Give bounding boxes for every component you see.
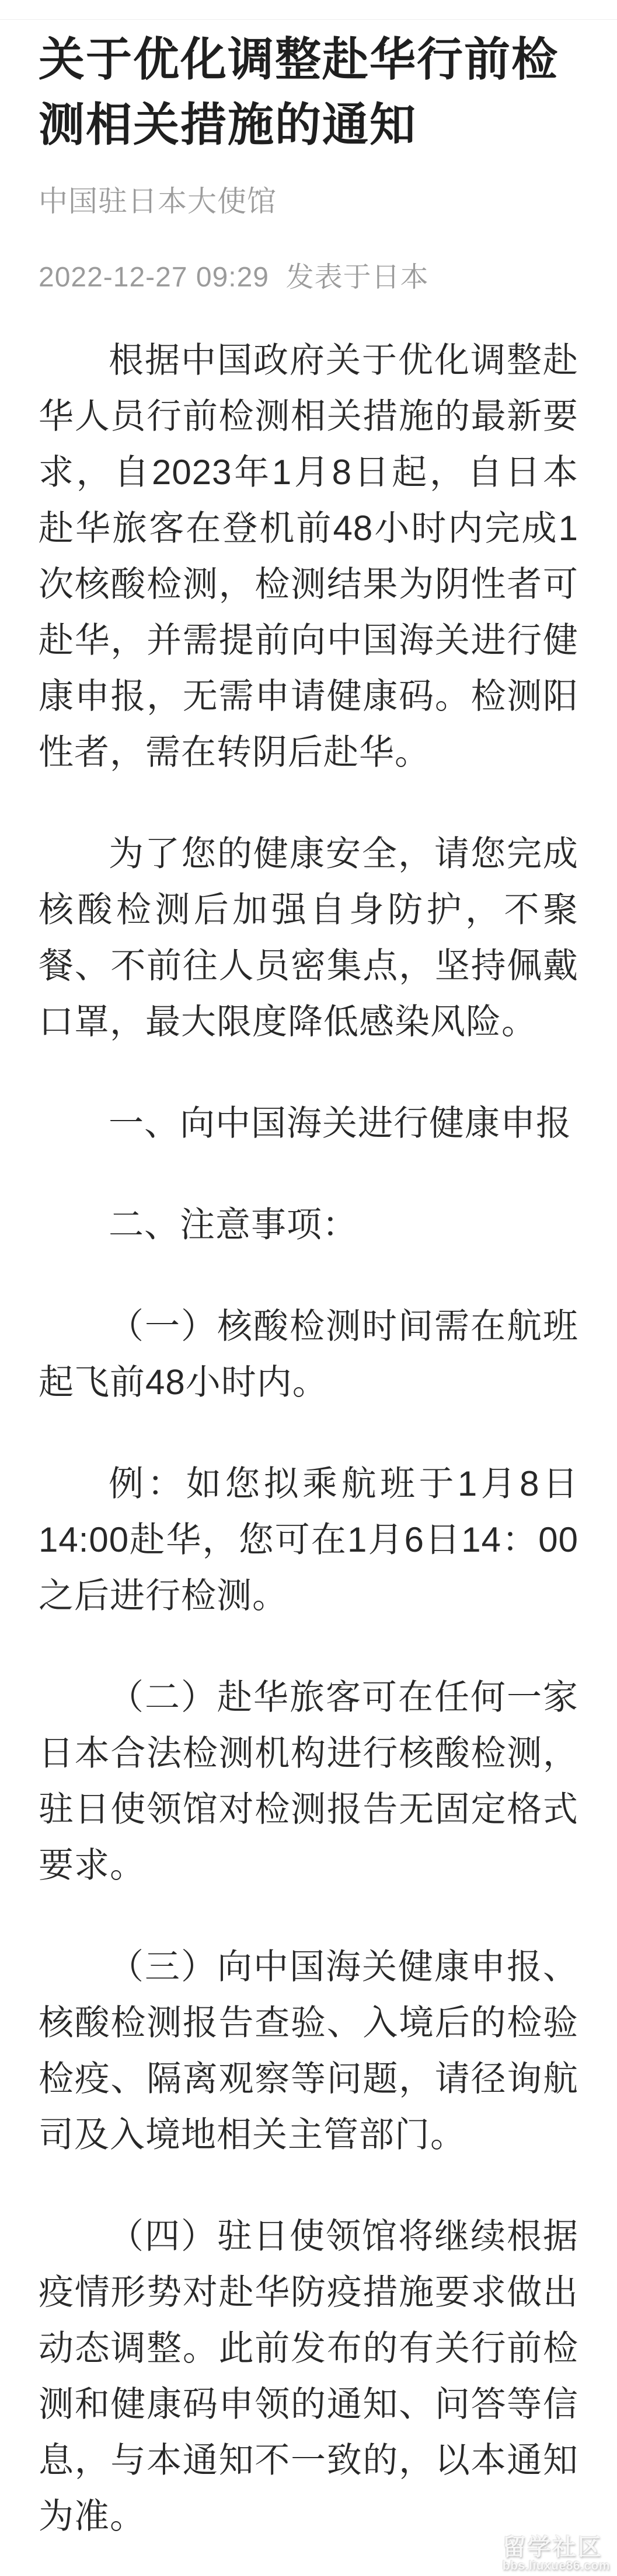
body-paragraph-example: 例：如您拟乘航班于1月8日14:00赴华，您可在1月6日14：00之后进行检测。 bbox=[39, 1456, 578, 1624]
site-watermark: 留学社区 bbs.liuxue86.com bbox=[503, 2535, 610, 2572]
article-page: 关于优化调整赴华行前检测相关措施的通知 中国驻日本大使馆 2022-12-27 … bbox=[0, 0, 617, 2576]
watermark-site-url: bbs.liuxue86.com bbox=[503, 2560, 610, 2572]
article-date-line: 2022-12-27 09:29 发表于日本 bbox=[39, 262, 578, 293]
section-heading-2: 二、注意事项： bbox=[39, 1197, 578, 1253]
top-divider bbox=[0, 19, 617, 20]
section-heading-1: 一、向中国海关进行健康申报 bbox=[39, 1095, 578, 1151]
article-body: 根据中国政府关于优化调整赴华人员行前检测相关措施的最新要求，自2023年1月8日… bbox=[39, 332, 578, 2544]
watermark-site-name: 留学社区 bbox=[503, 2535, 610, 2560]
body-paragraph-note-2: （二）赴华旅客可在任何一家日本合法检测机构进行核酸检测，驻日使领馆对检测报告无固… bbox=[39, 1669, 578, 1894]
body-paragraph-note-4: （四）驻日使领馆将继续根据疫情形势对赴华防疫措施要求做出动态调整。此前发布的有关… bbox=[39, 2208, 578, 2544]
article-content: 关于优化调整赴华行前检测相关措施的通知 中国驻日本大使馆 2022-12-27 … bbox=[0, 0, 617, 2544]
body-paragraph-intro: 根据中国政府关于优化调整赴华人员行前检测相关措施的最新要求，自2023年1月8日… bbox=[39, 332, 578, 780]
article-author[interactable]: 中国驻日本大使馆 bbox=[39, 184, 578, 218]
article-title: 关于优化调整赴华行前检测相关措施的通知 bbox=[39, 0, 578, 157]
body-paragraph-note-1: （一）核酸检测时间需在航班起飞前48小时内。 bbox=[39, 1298, 578, 1410]
body-paragraph-health-advice: 为了您的健康安全，请您完成核酸检测后加强自身防护，不聚餐、不前往人员密集点，坚持… bbox=[39, 826, 578, 1050]
body-paragraph-note-3: （三）向中国海关健康申报、核酸检测报告查验、入境后的检验检疫、隔离观察等问题，请… bbox=[39, 1939, 578, 2163]
